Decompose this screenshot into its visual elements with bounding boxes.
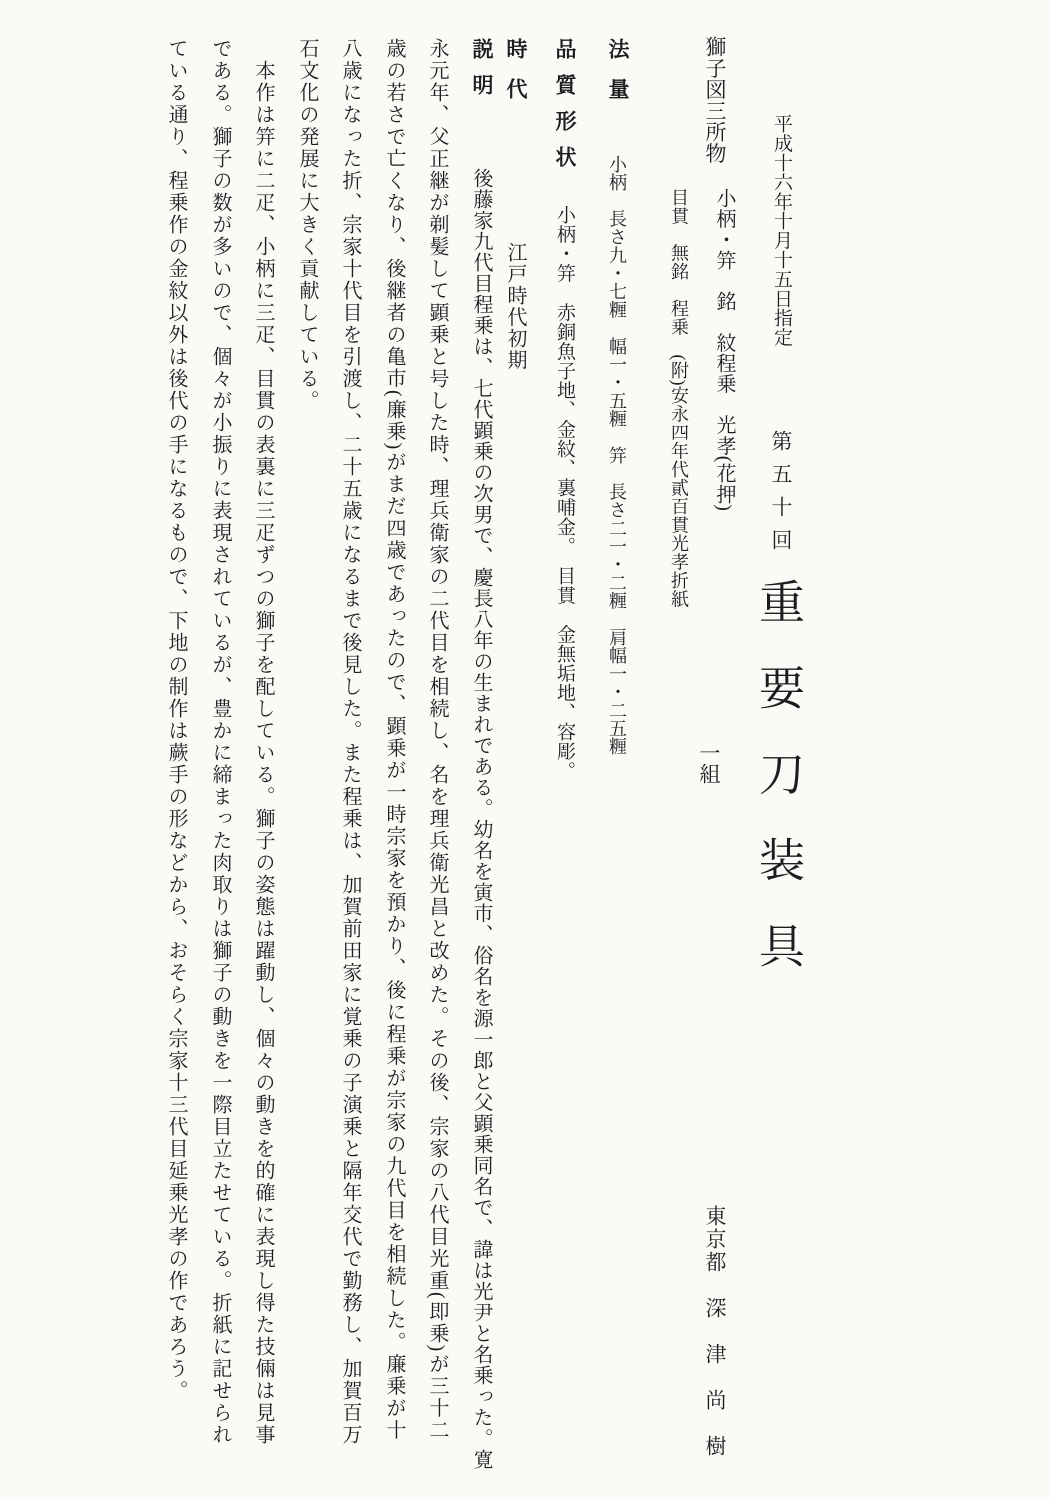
explanation-column-7: である。獅子の数が多いので、個々が小振りに表現されているが、豊かに締まった肉取り… bbox=[210, 38, 230, 1446]
document-title: 重要刀装具 bbox=[755, 578, 801, 1008]
explanation-column-8: ている通り、程乗作の金紋以外は後代の手になるもので、下地の制作は蕨手の形などから… bbox=[166, 38, 186, 1402]
field-size: 法量小柄 長さ九・七糎 幅一・五糎 笄 長さ二一・二糎 肩幅一・二五糎 bbox=[607, 38, 628, 756]
item-name: 獅子図三所物 bbox=[704, 36, 725, 164]
designation-date: 平成十六年十月十五日指定 bbox=[772, 114, 791, 347]
document-page: 平成十六年十月十五日指定 第五十回 重要刀装具 獅子図三所物 小柄・笄 銘 紋程… bbox=[0, 0, 1050, 1500]
explanation-column-1: 説明後藤家九代目程乗は、七代顕乗の次男で、慶長八年の生まれである。幼名を寅市、俗… bbox=[471, 38, 492, 1470]
explanation-column-2: 永元年、父正継が剃髪して顕乗と号した時、理兵衛家の二代目を相続し、名を理兵衛光昌… bbox=[427, 38, 447, 1441]
item-set-count: 一組 bbox=[698, 742, 719, 784]
field-quality-label: 品質形状 bbox=[553, 38, 576, 182]
field-period: 時代江戸時代初期 bbox=[505, 38, 526, 371]
item-line-menuki: 目貫 無銘 程乗 (附)安永四年代貳百貫光孝折紙 bbox=[670, 188, 688, 608]
explanation-text-1: 後藤家九代目程乗は、七代顕乗の次男で、慶長八年の生まれである。幼名を寅市、俗名を… bbox=[470, 168, 492, 1470]
explanation-column-3: 歳の若さで亡くなり、後継者の亀市(廉乗)がまだ四歳であったので、顕乗が一時宗家を… bbox=[384, 38, 404, 1441]
explanation-column-6: 本作は笄に二疋、小柄に三疋、目貫の表裏に三疋ずつの獅子を配している。獅子の姿態は… bbox=[253, 38, 273, 1446]
field-size-label: 法量 bbox=[606, 38, 629, 118]
field-period-value: 江戸時代初期 bbox=[504, 242, 526, 371]
field-size-value: 小柄 長さ九・七糎 幅一・五糎 笄 長さ二一・二糎 肩幅一・二五糎 bbox=[607, 155, 627, 756]
explanation-label: 説明 bbox=[470, 38, 493, 110]
session-number: 第五十回 bbox=[770, 430, 791, 562]
field-quality-value: 小柄・笄 赤銅魚子地、金紋、裏哺金。 目貫 金無垢地、容彫。 bbox=[554, 205, 575, 781]
item-line-kozuka-kogai: 小柄・笄 銘 紋程乗 光孝(花押) bbox=[714, 188, 734, 512]
explanation-column-4: 八歳になった折、宗家十代目を引渡し、二十五歳になるまで後見した。また程乗は、加賀… bbox=[340, 38, 360, 1446]
explanation-column-5: 石文化の発展に大きく貢献している。 bbox=[297, 38, 317, 412]
field-quality: 品質形状小柄・笄 赤銅魚子地、金紋、裏哺金。 目貫 金無垢地、容彫。 bbox=[554, 38, 575, 781]
field-period-label: 時代 bbox=[504, 38, 527, 118]
owner-name: 東京都 深 津 尚 樹 bbox=[704, 1205, 725, 1458]
